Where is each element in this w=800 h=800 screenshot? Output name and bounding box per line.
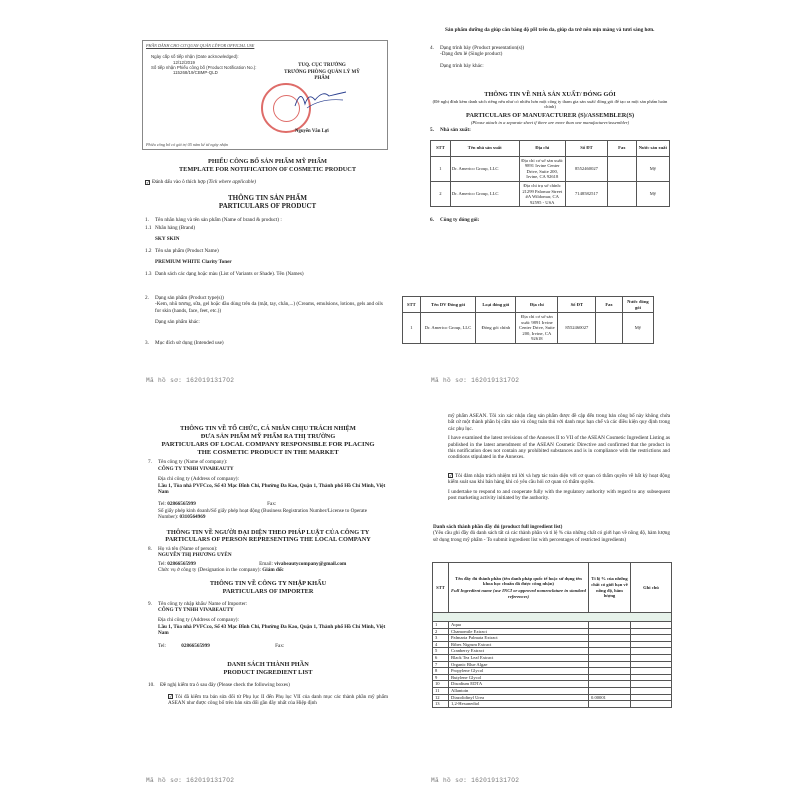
- ingredient-row: 12Diazolidinyl Urea0.00001: [433, 694, 672, 701]
- signer-name: Nguyễn Văn Lợi: [295, 129, 329, 134]
- header-cell: Địa chỉ: [519, 140, 565, 156]
- ingredient-note: [631, 654, 672, 661]
- ingredient-note: [631, 694, 672, 701]
- person-name: NGUYỄN THỊ PHƯƠNG UYÊN: [148, 552, 388, 558]
- ingredient-name: Diazolidinyl Urea: [449, 694, 589, 701]
- table-cell: Mỹ: [622, 313, 653, 344]
- document-id-footer: Mã hồ sơ: 1620191317O2: [146, 377, 234, 384]
- ingredient-name: Palmaria Palmata Extract: [449, 635, 589, 642]
- item-num: 2.: [145, 295, 155, 301]
- intended-use-value: Sản phẩm dưỡng da giúp cân bằng độ pH tr…: [445, 27, 670, 33]
- ingredient-stt: 1: [433, 622, 449, 629]
- license-value: 0310564969: [179, 514, 205, 520]
- table-cell: Mỹ: [636, 156, 669, 181]
- header-cell: Fax: [608, 140, 637, 156]
- ingredient-row: 7Organic Blue Algae: [433, 661, 672, 668]
- ingredient-percentage: [589, 668, 631, 675]
- table-cell: Địa chỉ cơ sở sản xuất: 9891 Irvine Cent…: [516, 313, 558, 344]
- importer-address: Lầu 1, Tòa nhà PVFCco, Số 43 Mạc Đĩnh Ch…: [148, 624, 388, 637]
- manufacturer-table: STTTên nhà sản xuấtĐịa chỉSố ĐTFaxNước s…: [430, 140, 670, 208]
- table-cell: 2: [431, 181, 451, 206]
- ingredient-table: STT Tên đầy đủ thành phần (tên danh pháp…: [432, 562, 672, 708]
- form-title-vi: PHIẾU CÔNG BỐ SẢN PHẨM MỸ PHẨM: [145, 158, 390, 166]
- ingredient-row: 4Ribes Nigrum Extract: [433, 641, 672, 648]
- date-acknowledged-label: Ngày cấp số tiếp nhận (Date acknowledged…: [151, 54, 239, 59]
- ingredient-list-note: (Yêu cầu ghi đầy đủ danh sách tất cả các…: [433, 530, 670, 543]
- document-page-3: THÔNG TIN VỀ TỔ CHỨC, CÁ NHÂN CHỊU TRÁCH…: [0, 400, 400, 800]
- tel-label: Tel:: [158, 643, 166, 649]
- table-row: 1Dr. Americo Group, LLCĐóng gói chínhĐịa…: [403, 313, 654, 344]
- item-1-1: 1.1Nhãn hàng (Brand): [145, 225, 390, 231]
- ingredient-name: Organic Blue Algae: [449, 661, 589, 668]
- ingredient-row: 1Aqua: [433, 622, 672, 629]
- ingredient-percentage: 0.00001: [589, 694, 631, 701]
- section-local-company-vi-1: THÔNG TIN VỀ TỔ CHỨC, CÁ NHÂN CHỊU TRÁCH…: [148, 425, 388, 433]
- section-ingredients-vi: DANH SÁCH THÀNH PHẦN: [148, 661, 388, 669]
- item-num: 3.: [145, 340, 155, 346]
- license-row: Số giấy phép kinh doanh/Số giấy phép hoạ…: [148, 508, 388, 521]
- presentation-value: -Dạng đơn lẻ (Single product): [430, 51, 670, 57]
- item-10: 10.Đề nghị kiểm tra ô sau đây (Please ch…: [148, 682, 388, 688]
- signature-icon: [293, 86, 348, 111]
- ingredient-stt: 6: [433, 654, 449, 661]
- section-representative-vi: THÔNG TIN VỀ NGƯỜI ĐẠI DIỆN THEO PHÁP LU…: [148, 529, 388, 537]
- ingredient-row: 131,2-Hexanediol: [433, 701, 672, 708]
- item-text: Mục đích sử dụng (Intended use): [155, 340, 224, 346]
- section-manufacturer-vi: THÔNG TIN VỀ NHÀ SẢN XUẤT/ ĐÓNG GÓI: [430, 91, 670, 99]
- ingredient-percentage: [589, 635, 631, 642]
- item-num: 4.: [430, 45, 440, 51]
- item-text: Danh sách các dạng hoặc màu (List of Var…: [155, 271, 304, 277]
- section-local-company-vi-2: ĐƯA SẢN PHẨM MỸ PHẨM RA THỊ TRƯỜNG: [148, 433, 388, 441]
- official-use-box: PHẦN DÀNH CHO CƠ QUAN QUẢN LÝ/FOR OFFICI…: [142, 40, 388, 150]
- packager-table-wrap: STTTên DV Đóng góiLoại đóng góiĐịa chỉSố…: [402, 296, 654, 344]
- email-value[interactable]: vivabeautycompany@gmail.com: [274, 561, 346, 567]
- checked-checkbox-icon[interactable]: ✓: [145, 180, 150, 185]
- item-text: Đề nghị kiểm tra ô sau đây (Please check…: [160, 682, 290, 688]
- ingredient-list-content: Danh sách thành phần đầy đủ (product ful…: [433, 524, 670, 543]
- ingredient-percentage: [589, 674, 631, 681]
- item-num: 5.: [430, 127, 440, 133]
- item-num: 7.: [148, 459, 158, 465]
- designation-value: Giám đốc: [262, 567, 283, 573]
- ingredient-percentage: [589, 641, 631, 648]
- header-cell: Loại đóng gói: [476, 297, 516, 313]
- designation-label: Chức vụ ở công ty (Designation in the co…: [158, 567, 261, 573]
- col-name-vi: Tên đầy đủ thành phần (tên danh pháp quố…: [450, 576, 587, 587]
- validity-note: Phiếu công bố có giá trị 05 năm kể từ ng…: [146, 142, 228, 147]
- col-note: Ghi chú: [631, 563, 672, 613]
- product-type-other: Dạng sản phẩm khác:: [145, 319, 390, 325]
- ingredient-row: 10Disodium EDTA: [433, 681, 672, 688]
- notification-no-value: 115268/19/CBMP-QLD: [173, 70, 218, 75]
- tick-note: ✓Đánh dấu vào ô thích hợp (Tick where ap…: [145, 179, 390, 185]
- item-num: 1.2: [145, 248, 155, 254]
- item-text: Tên công ty (Name of company):: [158, 459, 227, 465]
- ingredient-row: 8Propylene Glycol: [433, 668, 672, 675]
- table-cell: [596, 313, 623, 344]
- ingredient-stt: 9: [433, 674, 449, 681]
- item-num: 8.: [148, 546, 158, 552]
- header-cell: Nước đóng gói: [622, 297, 653, 313]
- header-cell: STT: [403, 297, 421, 313]
- section-local-company-en-2: THE COSMETIC PRODUCT IN THE MARKET: [148, 449, 388, 457]
- company-name: CÔNG TY TNHH VIVABEAUTY: [148, 466, 388, 472]
- table-cell: Mỹ: [636, 181, 669, 206]
- ingredient-percentage: [589, 681, 631, 688]
- ingredient-note: [631, 635, 672, 642]
- manufacturer-content: Sản phẩm dưỡng da giúp cân bằng độ pH tr…: [445, 27, 670, 33]
- ingredient-stt: 10: [433, 681, 449, 688]
- check-annexes-text: Tôi đã kiểm tra bản sửa đổi từ Phụ lục I…: [168, 694, 388, 706]
- item-text: Họ và tên (Name of person):: [158, 546, 218, 552]
- table-cell: 8552460027: [558, 313, 596, 344]
- ingredient-note: [631, 701, 672, 708]
- ingredient-note: [631, 622, 672, 629]
- section-product-vi: THÔNG TIN SẢN PHẨM: [145, 194, 390, 203]
- ingredient-percentage: [589, 622, 631, 629]
- item-5: 5.Nhà sản xuất:: [430, 127, 670, 133]
- importer-tel-row: Tel: 02866565999 Fax:: [148, 643, 388, 649]
- header-cell: Tên nhà sản xuất: [450, 140, 519, 156]
- ingredient-stt: 3: [433, 635, 449, 642]
- checked-checkbox-icon[interactable]: ✓: [168, 694, 173, 699]
- company-address: Lầu 1, Tòa nhà PVFCco, Số 43 Mạc Đĩnh Ch…: [148, 483, 388, 496]
- table-cell: [608, 156, 637, 181]
- col-stt: STT: [433, 563, 449, 613]
- table-cell: Địa chỉ trụ sở chính: 21299 Palomar Stre…: [519, 181, 565, 206]
- table-cell: Dr. Americo Group, LLC: [450, 156, 519, 181]
- item-1-3: 1.3Danh sách các dạng hoặc màu (List of …: [145, 271, 390, 277]
- declaration-content: mỹ phẩm ASEAN. Tôi xin xác nhận rằng sản…: [448, 413, 670, 501]
- ingredient-table-wrap: STT Tên đầy đủ thành phần (tên danh pháp…: [432, 562, 672, 708]
- table-cell: Đóng gói chính: [476, 313, 516, 344]
- fax-label: Fax:: [267, 501, 276, 507]
- ingredient-stt: 5: [433, 648, 449, 655]
- ingredient-name: Aqua: [449, 622, 589, 629]
- ingredient-stt: 7: [433, 661, 449, 668]
- item-text: Tên nhãn hàng và tên sản phẩm (Name of b…: [155, 217, 282, 223]
- section-representative-en: PARTICULARS OF PERSON REPRESENTING THE L…: [148, 536, 388, 544]
- ingredient-note: [631, 648, 672, 655]
- table-cell: [608, 181, 637, 206]
- table-cell: 7148582517: [565, 181, 607, 206]
- item-num: 1.: [145, 217, 155, 223]
- document-id-footer: Mã hồ sơ: 1620191317O2: [431, 377, 519, 384]
- header-cell: Tên DV Đóng gói: [420, 297, 476, 313]
- presentation-content: 4.Dạng trình bày (Product presentation(s…: [430, 45, 670, 224]
- ingredient-stt: 11: [433, 687, 449, 694]
- tel-label: Tel:: [158, 561, 166, 567]
- ingredient-name: Butylene Glycol: [449, 674, 589, 681]
- item-6: 6.Công ty đóng gói:: [430, 217, 670, 223]
- document-page-4: mỹ phẩm ASEAN. Tôi xin xác nhận rằng sản…: [400, 400, 800, 800]
- ingredient-note: [631, 674, 672, 681]
- ingredient-row: 3Palmaria Palmata Extract: [433, 635, 672, 642]
- ingredient-stt: 13: [433, 701, 449, 708]
- importer-tel: 02866565999: [181, 643, 210, 649]
- check-responsibility-en: I undertake to respond to and cooperate …: [448, 489, 670, 502]
- ingredient-row: 9Butylene Glycol: [433, 674, 672, 681]
- check-annexes-vi: ✓Tôi đã kiểm tra bản sửa đổi từ Phụ lục …: [148, 694, 388, 707]
- tel-label: Tel:: [158, 501, 166, 507]
- table-cell: 8552460027: [565, 156, 607, 181]
- item-text: Tên công ty nhập khẩu/ Name of Importer:: [158, 601, 247, 607]
- ingredient-row: 2Chamomile Extract: [433, 628, 672, 635]
- importer-name: CÔNG TY TNHH VIVABEAUTY: [148, 607, 388, 613]
- col-name-en: Full Ingredient name (use INCI or approv…: [450, 588, 587, 599]
- section-manufacturer-en-note: (Please attach in a separate sheet if th…: [430, 120, 670, 126]
- header-cell: Số ĐT: [558, 297, 596, 313]
- ingredient-percentage: [589, 687, 631, 694]
- ingredient-name: Cranberry Extract: [449, 648, 589, 655]
- form-title-en: TEMPLATE FOR NOTIFICATION OF COSMETIC PR…: [145, 166, 390, 174]
- check-annexes-continued: mỹ phẩm ASEAN. Tôi xin xác nhận rằng sản…: [448, 413, 670, 432]
- section-local-company-en-1: PARTICULARS OF LOCAL COMPANY RESPONSIBLE…: [148, 441, 388, 449]
- ingredient-stt: 8: [433, 668, 449, 675]
- item-text: Nhà sản xuất:: [440, 127, 471, 133]
- packager-table: STTTên DV Đóng góiLoại đóng góiĐịa chỉSố…: [402, 296, 654, 344]
- ingredient-name: Propylene Glycol: [449, 668, 589, 675]
- ingredient-percentage: [589, 654, 631, 661]
- ingredient-row: 11Allantoin: [433, 687, 672, 694]
- table-cell: Dr. Americo Group, LLC: [420, 313, 476, 344]
- ingredient-note: [631, 641, 672, 648]
- official-use-header: PHẦN DÀNH CHO CƠ QUAN QUẢN LÝ/FOR OFFICI…: [146, 43, 254, 48]
- ingredient-stt: 12: [433, 694, 449, 701]
- item-3: 3.Mục đích sử dụng (Intended use): [145, 340, 390, 346]
- ingredient-name: Ribes Nigrum Extract: [449, 641, 589, 648]
- table-spacer-row: [433, 613, 672, 622]
- ingredient-note: [631, 628, 672, 635]
- email-label: Email:: [259, 561, 273, 567]
- ingredient-name: Black Tea Leaf Extract: [449, 654, 589, 661]
- ingredient-note: [631, 687, 672, 694]
- item-1-2: 1.2Tên sản phẩm (Product Name): [145, 248, 390, 254]
- header-cell: Nước sản xuất: [636, 140, 669, 156]
- notification-content: PHIẾU CÔNG BỐ SẢN PHẨM MỸ PHẨM TEMPLATE …: [145, 158, 390, 346]
- table-cell: Dr. Americo Group, LLC: [450, 181, 519, 206]
- document-id-footer: Mã hồ sơ: 1620191317O2: [146, 777, 234, 784]
- item-text: Tên sản phẩm (Product Name): [155, 248, 219, 254]
- item-1: 1.Tên nhãn hàng và tên sản phẩm (Name of…: [145, 217, 390, 223]
- document-id-footer: Mã hồ sơ: 1620191317O2: [431, 777, 519, 784]
- table-cell: Địa chỉ cơ sở sản xuất: 9891 Irvine Cent…: [519, 156, 565, 181]
- col-percentage: Tỉ lệ % của những chất có giới hạn về nồ…: [589, 563, 631, 613]
- ingredient-stt: 2: [433, 628, 449, 635]
- ingredient-percentage: [589, 648, 631, 655]
- document-page-1: PHẦN DÀNH CHO CƠ QUAN QUẢN LÝ/FOR OFFICI…: [0, 0, 400, 400]
- item-num: 1.1: [145, 225, 155, 231]
- ingredient-row: 6Black Tea Leaf Extract: [433, 654, 672, 661]
- tel-value: 02866565999: [167, 501, 196, 507]
- product-type-detail: -Kem, nhũ tương, sữa, gel hoặc dầu dùng …: [145, 301, 390, 314]
- header-cell: Fax: [596, 297, 623, 313]
- section-manufacturer-en: PARTICULARS OF MANUFACTURER (S)/ASSEMBLE…: [430, 112, 670, 120]
- ingredient-note: [631, 681, 672, 688]
- header-cell: Số ĐT: [565, 140, 607, 156]
- checked-checkbox-icon[interactable]: ✓: [448, 473, 453, 478]
- item-num: 10.: [148, 682, 160, 688]
- ingredient-percentage: [589, 661, 631, 668]
- authority-title: TUQ. CỤC TRƯỞNG TRƯỞNG PHÒNG QUẢN LÝ MỸ …: [277, 63, 367, 83]
- item-num: 9.: [148, 601, 158, 607]
- table-cell: 1: [431, 156, 451, 181]
- ingredient-name: 1,2-Hexanediol: [449, 701, 589, 708]
- ingredient-note: [631, 668, 672, 675]
- check-responsibility-vi: ✓Tôi đảm nhận trách nhiệm trả lời và hợp…: [448, 473, 670, 486]
- tick-note-vi: Đánh dấu vào ô thích hợp: [152, 179, 206, 185]
- item-num: 1.3: [145, 271, 155, 277]
- item-num: 6.: [430, 217, 440, 223]
- ingredient-percentage: [589, 701, 631, 708]
- table-row: 2Dr. Americo Group, LLCĐịa chỉ trụ sở ch…: [431, 181, 670, 206]
- header-cell: STT: [431, 140, 451, 156]
- table-cell: 1: [403, 313, 421, 344]
- col-ingredient-name: Tên đầy đủ thành phần (tên danh pháp quố…: [449, 563, 589, 613]
- person-tel: 02866565999: [167, 561, 196, 567]
- ingredient-stt: 4: [433, 641, 449, 648]
- item-text: Công ty đóng gói:: [440, 217, 479, 223]
- brand-value: SKY SKIN: [145, 236, 390, 242]
- check-annexes-en: I have examined the latest revisions of …: [448, 435, 670, 461]
- document-page-2: Sản phẩm dưỡng da giúp cân bằng độ pH tr…: [400, 0, 800, 400]
- section-manufacturer-vi-note: (Đề nghị đính kèm danh sách riêng nếu nh…: [430, 99, 670, 110]
- section-ingredients-en: PRODUCT INGREDIENT LIST: [148, 669, 388, 677]
- presentation-other: Dạng trình bày khác:: [430, 63, 670, 69]
- ingredient-name: Allantoin: [449, 687, 589, 694]
- ingredient-name: Disodium EDTA: [449, 681, 589, 688]
- designation-row: Chức vụ ở công ty (Designation in the co…: [148, 567, 388, 573]
- section-importer-en: PARTICULARS OF IMPORTER: [148, 588, 388, 596]
- ingredient-row: 5Cranberry Extract: [433, 648, 672, 655]
- header-cell: Địa chỉ: [516, 297, 558, 313]
- tick-note-en: (Tick where applicable): [207, 179, 256, 185]
- local-company-content: THÔNG TIN VỀ TỔ CHỨC, CÁ NHÂN CHỊU TRÁCH…: [148, 425, 388, 706]
- fax-label: Fax:: [275, 643, 284, 649]
- check-responsibility-text: Tôi đảm nhận trách nhiệm trả lời và hợp …: [448, 473, 670, 485]
- ingredient-percentage: [589, 628, 631, 635]
- ingredient-name: Chamomile Extract: [449, 628, 589, 635]
- authority-line-2: TRƯỞNG PHÒNG QUẢN LÝ MỸ PHẨM: [277, 70, 367, 83]
- section-product-en: PARTICULARS OF PRODUCT: [145, 202, 390, 211]
- item-text: Nhãn hàng (Brand): [155, 225, 195, 231]
- section-importer-vi: THÔNG TIN VỀ CÔNG TY NHẬP KHẨU: [148, 580, 388, 588]
- ingredient-note: [631, 661, 672, 668]
- table-row: 1Dr. Americo Group, LLCĐịa chỉ cơ sở sản…: [431, 156, 670, 181]
- product-name-value: PREMIUM WHITE Clarity Toner: [145, 259, 390, 265]
